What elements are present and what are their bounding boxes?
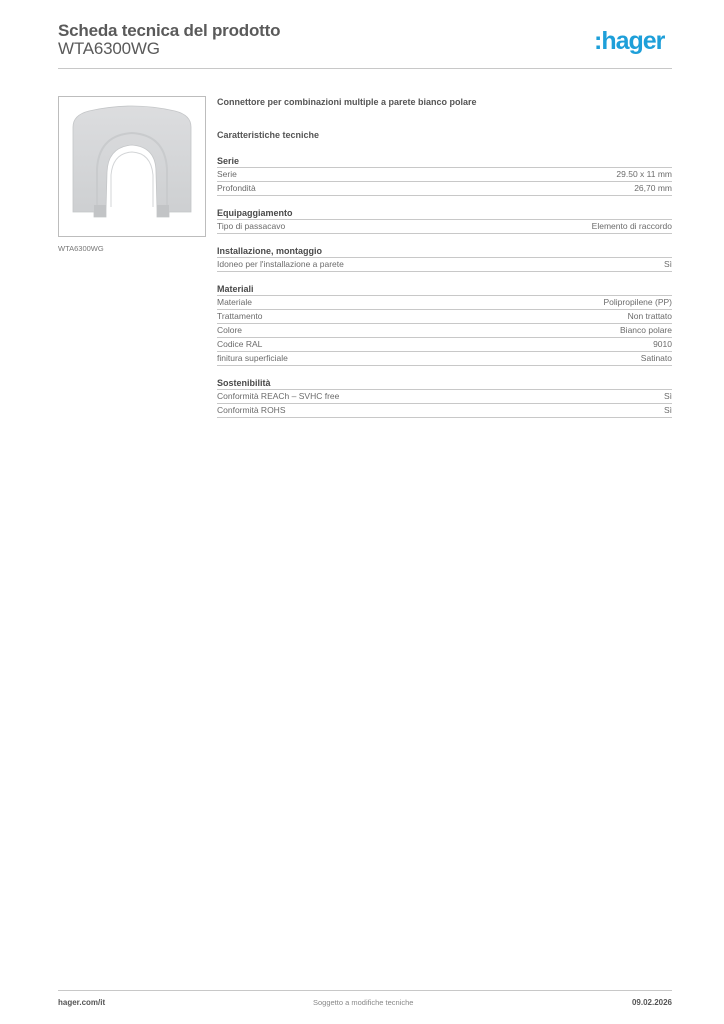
footer-website-link[interactable]: hager.com/it: [58, 998, 105, 1007]
spec-value: Sì: [664, 258, 672, 271]
spec-value: 26,70 mm: [634, 182, 672, 195]
section-title: Equipaggiamento: [217, 207, 672, 220]
spec-row: TrattamentoNon trattato: [217, 310, 672, 324]
spec-row: Conformità ROHSSì: [217, 404, 672, 418]
spec-row: Tipo di passacavoElemento di raccordo: [217, 220, 672, 234]
section-sostenibilita: Sostenibilità Conformità REACh – SVHC fr…: [217, 377, 672, 418]
spec-row: MaterialePolipropilene (PP): [217, 296, 672, 310]
spec-label: Profondità: [217, 182, 256, 195]
spec-row: Conformità REACh – SVHC freeSì: [217, 390, 672, 404]
spec-value: Satinato: [641, 352, 672, 365]
section-serie: Serie Serie29.50 x 11 mm Profondità26,70…: [217, 155, 672, 196]
spec-label: Codice RAL: [217, 338, 262, 351]
section-installazione: Installazione, montaggio Idoneo per l'in…: [217, 245, 672, 272]
spec-row: ColoreBianco polare: [217, 324, 672, 338]
header-divider: [58, 68, 672, 69]
spec-label: Colore: [217, 324, 242, 337]
spec-value: Bianco polare: [620, 324, 672, 337]
section-title: Serie: [217, 155, 672, 168]
spec-row: Profondità26,70 mm: [217, 182, 672, 196]
hager-logo: :hager: [594, 27, 664, 56]
spec-label: Serie: [217, 168, 237, 181]
spec-label: Conformità ROHS: [217, 404, 286, 417]
spec-value: Sì: [664, 390, 672, 403]
section-title: Sostenibilità: [217, 377, 672, 390]
spec-row: finitura superficialeSatinato: [217, 352, 672, 366]
product-code: WTA6300WG: [58, 39, 160, 59]
image-caption: WTA6300WG: [58, 244, 104, 253]
spec-label: Conformità REACh – SVHC free: [217, 390, 339, 403]
spec-value: Sì: [664, 404, 672, 417]
spec-value: Polipropilene (PP): [603, 296, 672, 309]
spec-value: Non trattato: [628, 310, 672, 323]
footer-divider: [58, 990, 672, 991]
spec-label: Idoneo per l'installazione a parete: [217, 258, 344, 271]
spec-label: Materiale: [217, 296, 252, 309]
spec-row: Serie29.50 x 11 mm: [217, 168, 672, 182]
footer-notice: Soggetto a modifiche tecniche: [313, 998, 413, 1007]
section-materiali: Materiali MaterialePolipropilene (PP) Tr…: [217, 283, 672, 366]
page-title: Scheda tecnica del prodotto: [58, 21, 280, 41]
connector-illustration-icon: [59, 97, 205, 236]
spec-content: Connettore per combinazioni multiple a p…: [217, 96, 672, 429]
product-description: Connettore per combinazioni multiple a p…: [217, 96, 672, 110]
section-equipaggiamento: Equipaggiamento Tipo di passacavoElement…: [217, 207, 672, 234]
spec-row: Idoneo per l'installazione a pareteSì: [217, 258, 672, 272]
characteristics-title: Caratteristiche tecniche: [217, 129, 672, 143]
spec-label: Tipo di passacavo: [217, 220, 285, 233]
spec-label: finitura superficiale: [217, 352, 288, 365]
section-title: Materiali: [217, 283, 672, 296]
footer-date: 09.02.2026: [632, 998, 672, 1007]
section-title: Installazione, montaggio: [217, 245, 672, 258]
spec-value: 9010: [653, 338, 672, 351]
spec-label: Trattamento: [217, 310, 263, 323]
spec-row: Codice RAL9010: [217, 338, 672, 352]
product-image: [58, 96, 206, 237]
spec-value: 29.50 x 11 mm: [616, 168, 672, 181]
spec-value: Elemento di raccordo: [592, 220, 672, 233]
